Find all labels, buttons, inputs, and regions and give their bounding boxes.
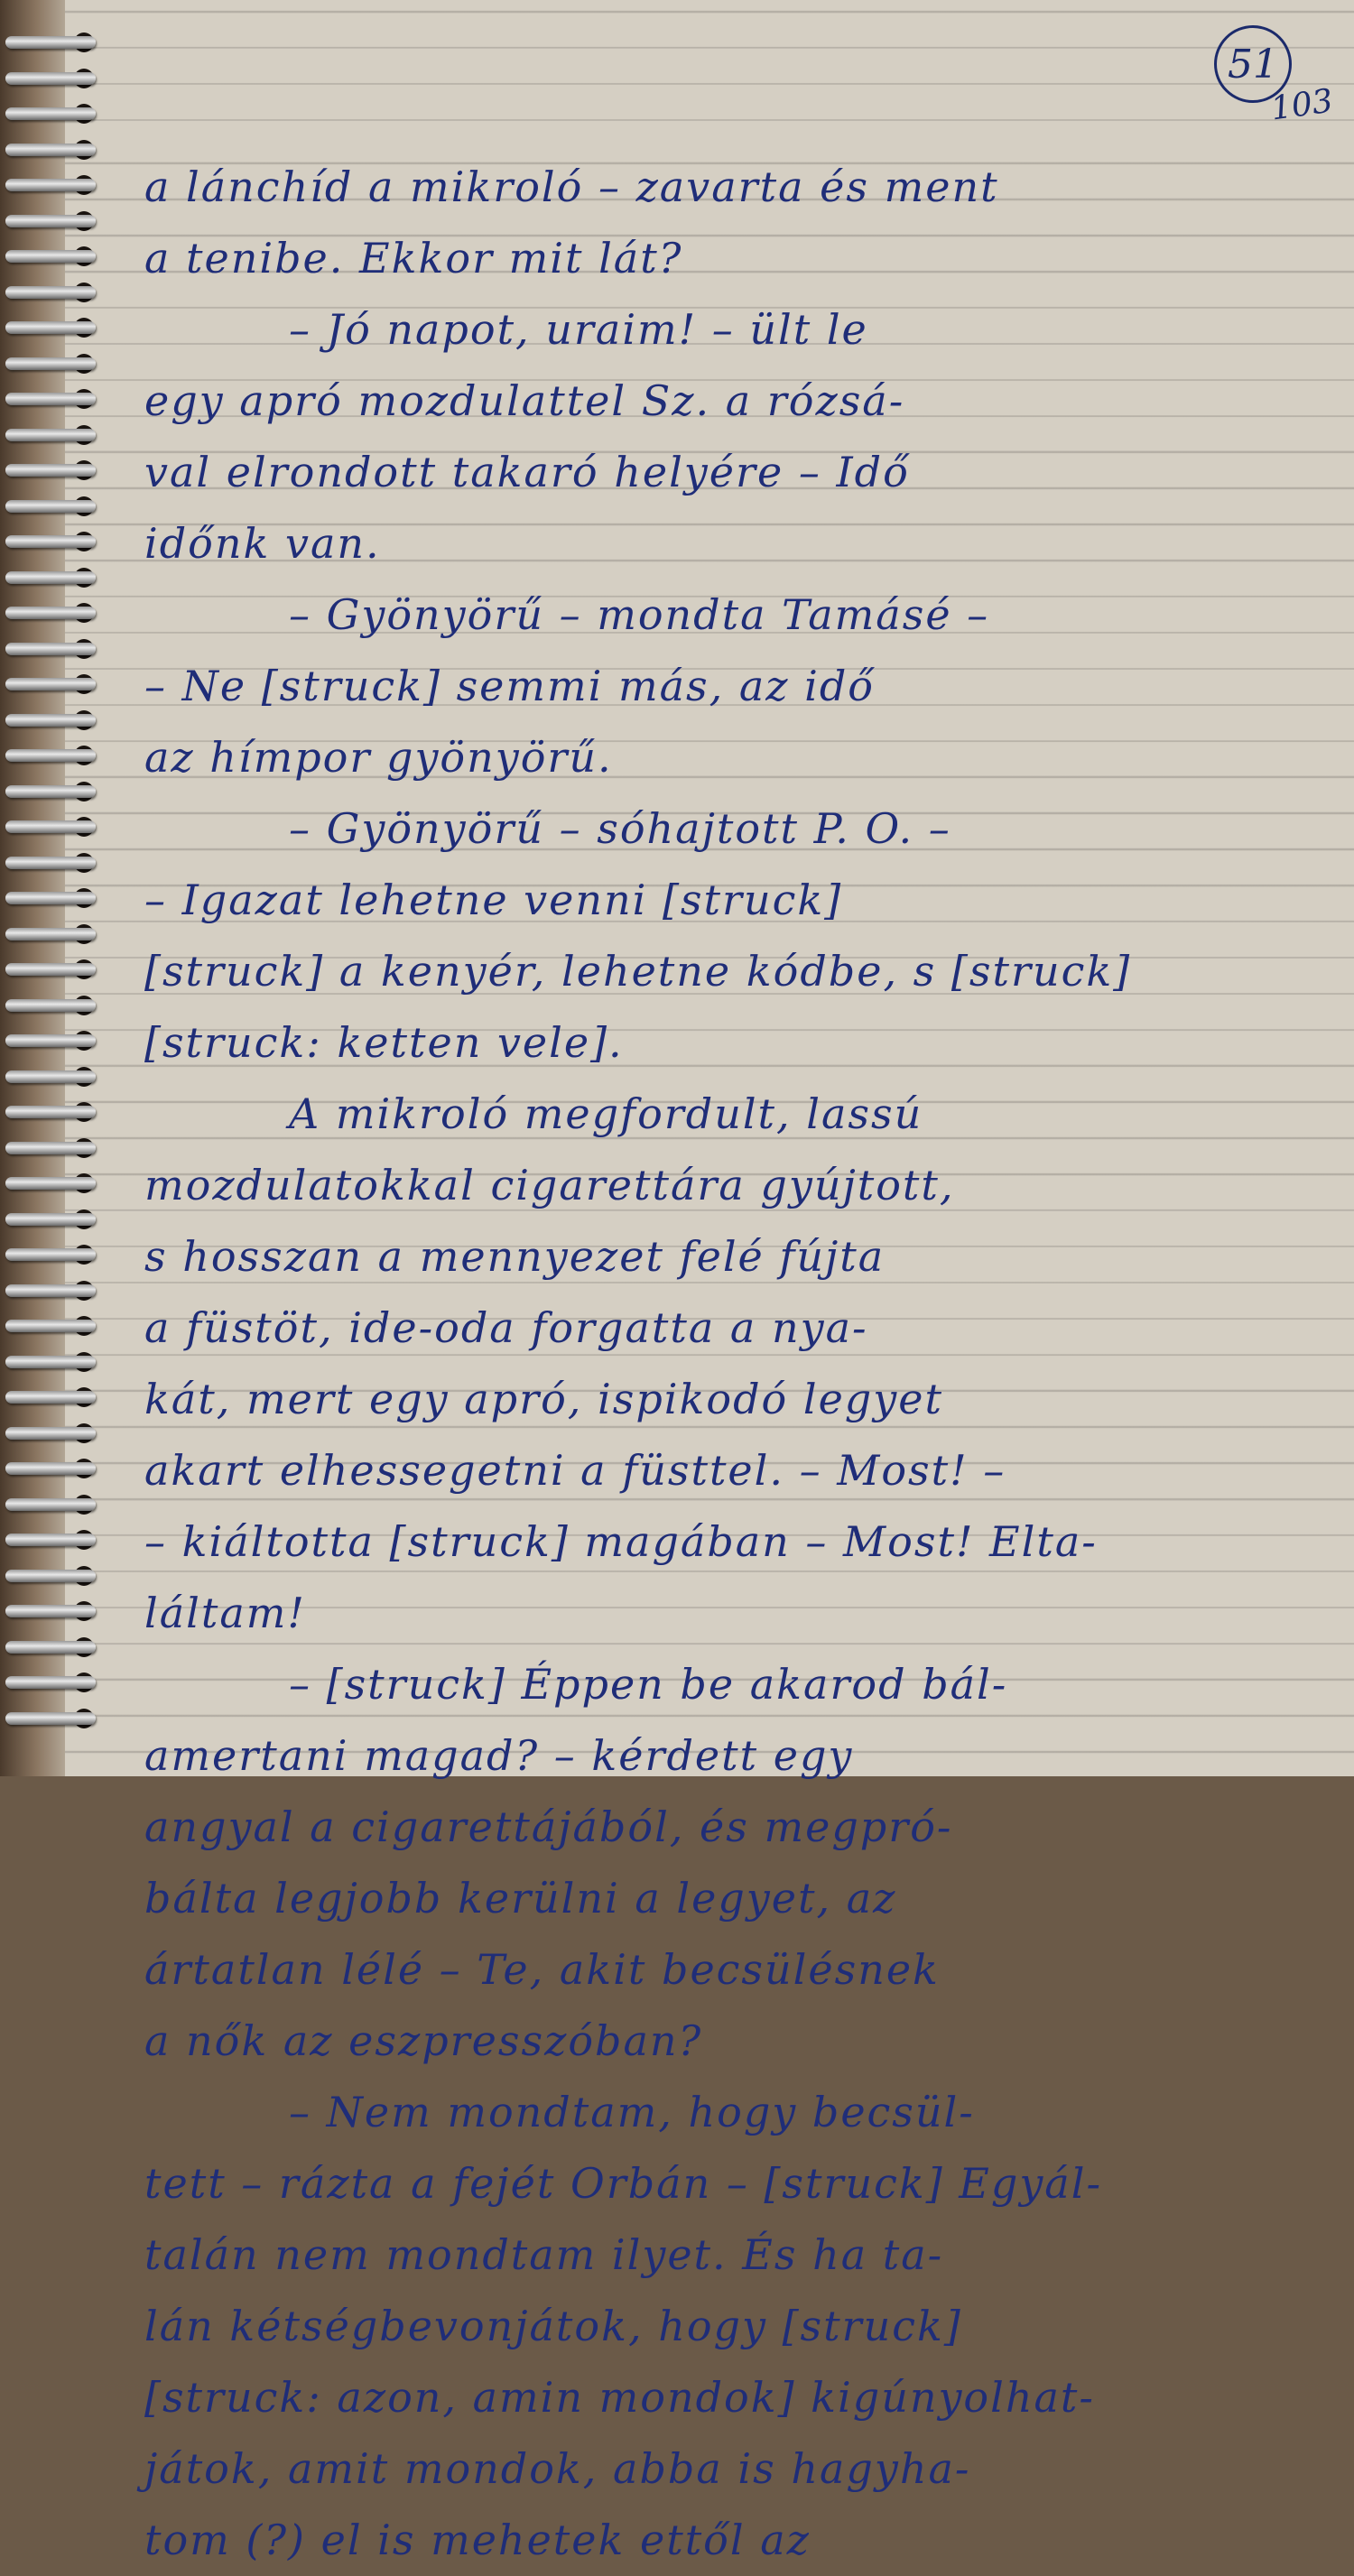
spiral-ring <box>5 250 96 263</box>
handwritten-line: – Gyönyörű – sóhajtott P. O. – <box>144 793 1318 865</box>
handwritten-line: s hosszan a mennyezet felé fújta <box>144 1221 1318 1293</box>
spiral-ring <box>5 892 96 904</box>
handwritten-line: – Ne [struck] semmi más, az idő <box>144 651 1318 722</box>
handwritten-line: a lánchíd a mikroló – zavarta és ment <box>144 152 1318 223</box>
spiral-ring <box>5 928 96 941</box>
handwritten-line: a füstöt, ide-oda forgatta a nya- <box>144 1293 1318 1364</box>
spiral-ring <box>5 1570 96 1582</box>
spiral-ring <box>5 1213 96 1226</box>
spiral-ring <box>5 1320 96 1332</box>
handwritten-line: val elrondott takaró helyére – Idő <box>144 437 1318 508</box>
spiral-ring <box>5 1248 96 1261</box>
spiral-ring <box>5 179 96 191</box>
spiral-ring <box>5 1462 96 1475</box>
spiral-ring <box>5 1712 96 1725</box>
spiral-ring <box>5 1106 96 1118</box>
handwritten-line: – [struck] Éppen be akarod bál- <box>144 1649 1318 1720</box>
spiral-ring <box>5 857 96 869</box>
handwritten-text-block: a lánchíd a mikroló – zavarta és menta t… <box>144 152 1318 1776</box>
page-number-text: 51 <box>1228 42 1278 88</box>
spiral-ring <box>5 1676 96 1689</box>
handwritten-line: időnk van. <box>144 508 1318 579</box>
spiral-ring <box>5 1605 96 1617</box>
spiral-ring <box>5 785 96 798</box>
handwritten-line: kát, mert egy apró, ispikodó legyet <box>144 1364 1318 1435</box>
spiral-ring <box>5 1034 96 1047</box>
handwritten-line: amertani magad? – kérdett egy <box>144 1720 1318 1776</box>
spiral-ring <box>5 500 96 513</box>
spiral-ring <box>5 36 96 49</box>
spiral-ring <box>5 963 96 976</box>
handwritten-line: [struck] a kenyér, lehetne kódbe, s [str… <box>144 936 1318 1007</box>
handwritten-line: a tenibe. Ekkor mit lát? <box>144 223 1318 294</box>
handwritten-line: – Gyönyörű – mondta Tamásé – <box>144 579 1318 651</box>
spiral-ring <box>5 1142 96 1154</box>
spiral-ring <box>5 144 96 156</box>
spiral-ring <box>5 107 96 120</box>
spiral-ring <box>5 999 96 1012</box>
spiral-ring <box>5 820 96 833</box>
spiral-ring <box>5 1177 96 1190</box>
handwritten-line: mozdulatokkal cigarettára gyújtott, <box>144 1150 1318 1221</box>
spiral-ring <box>5 1427 96 1440</box>
spiral-ring <box>5 678 96 690</box>
spiral-ring <box>5 286 96 299</box>
handwritten-line: [struck: ketten vele]. <box>144 1007 1318 1079</box>
handwritten-line: – Jó napot, uraim! – ült le <box>144 294 1318 366</box>
handwritten-line: – kiáltotta [struck] magában – Most! Elt… <box>144 1506 1318 1578</box>
spiral-ring <box>5 1356 96 1368</box>
handwritten-line: akart elhessegetni a füsttel. – Most! – <box>144 1435 1318 1506</box>
spiral-ring <box>5 1391 96 1404</box>
spiral-ring <box>5 215 96 227</box>
spiral-ring <box>5 714 96 727</box>
spiral-ring <box>5 72 96 85</box>
spiral-ring <box>5 643 96 655</box>
spiral-ring <box>5 1534 96 1546</box>
spiral-ring <box>5 357 96 370</box>
spiral-ring <box>5 1284 96 1297</box>
spiral-ring <box>5 429 96 441</box>
spiral-binding <box>0 36 99 1751</box>
spiral-ring <box>5 607 96 619</box>
spiral-ring <box>5 1070 96 1083</box>
spiral-ring <box>5 1641 96 1654</box>
spiral-ring <box>5 464 96 477</box>
spiral-ring <box>5 749 96 762</box>
spiral-ring <box>5 393 96 405</box>
spiral-ring <box>5 1498 96 1511</box>
spiral-ring <box>5 571 96 584</box>
handwritten-line: – Igazat lehetne venni [struck] <box>144 865 1318 936</box>
notebook-photo: 51 103 a lánchíd a mikroló – zavarta és … <box>0 0 1354 1776</box>
spiral-ring <box>5 535 96 548</box>
spiral-ring <box>5 321 96 334</box>
handwritten-line: az hímpor gyönyörű. <box>144 722 1318 793</box>
handwritten-line: A mikroló megfordult, lassú <box>144 1079 1318 1150</box>
handwritten-line: egy apró mozdulattel Sz. a rózsá- <box>144 366 1318 437</box>
handwritten-line: láltam! <box>144 1578 1318 1649</box>
